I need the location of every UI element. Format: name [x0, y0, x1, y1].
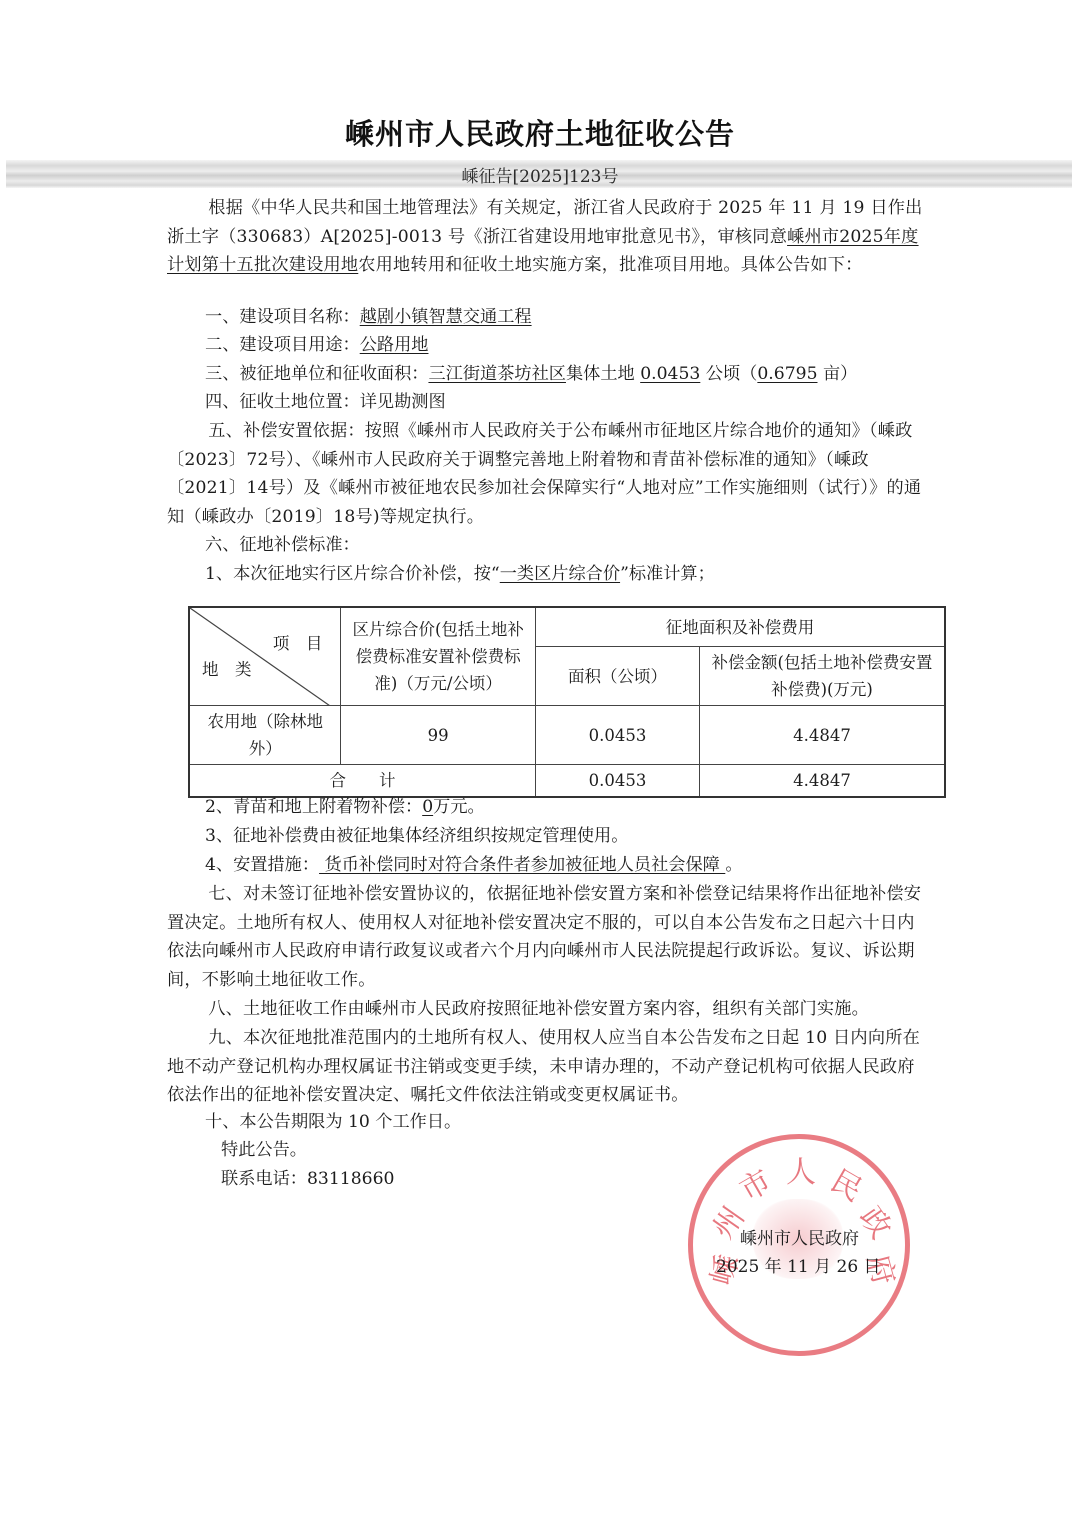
table-header-row: 项 目 地 类 区片综合价(包括土地补偿费标准安置补偿费标准)（万元/公顷） 征… [189, 607, 945, 647]
item-standard-2: 2、青苗和地上附着物补偿：0万元。 [167, 793, 937, 821]
item-notice-period: 十、本公告期限为 10 个工作日。 [167, 1108, 937, 1136]
compensation-table: 项 目 地 类 区片综合价(包括土地补偿费标准安置补偿费标准)（万元/公顷） 征… [188, 606, 946, 798]
table-row: 农用地（除林地外） 99 0.0453 4.4847 [189, 706, 945, 765]
item-compensation-standard-heading: 六、征地补偿标准： [167, 531, 937, 559]
item-compensation-basis: 五、补偿安置依据：按照《嵊州市人民政府关于公布嵊州市征地区片综合地价的通知》（嵊… [167, 417, 925, 531]
diagonal-header-cell: 项 目 地 类 [189, 607, 341, 706]
document-number: 嵊征告[2025]123号 [0, 162, 1080, 187]
header-amount: 补偿金额(包括土地补偿费安置补偿费)(万元) [699, 647, 945, 706]
signature-org: 嵊州市人民政府 [740, 1224, 940, 1249]
header-area: 面积（公顷） [535, 647, 699, 706]
header-group: 征地面积及补偿费用 [535, 607, 945, 647]
item-registration: 九、本次征地批准范围内的土地所有权人、使用权人应当自本公告发布之日起 10 日内… [167, 1024, 925, 1110]
document-page: 嵊州市人民政府土地征收公告 嵊征告[2025]123号 根据《中华人民共和国土地… [0, 0, 1080, 1527]
item-standard-3: 3、征地补偿费由被征地集体经济组织按规定管理使用。 [167, 822, 937, 850]
intro-paragraph: 根据《中华人民共和国土地管理法》有关规定，浙江省人民政府于 2025 年 11 … [167, 194, 925, 280]
item-expropriated-unit: 三、被征地单位和征收面积：三江街道茶坊社区集体土地 0.0453 公顷（0.67… [167, 360, 937, 388]
signature-date: 2025 年 11 月 26 日 [716, 1252, 916, 1277]
document-title: 嵊州市人民政府土地征收公告 [0, 112, 1080, 153]
item-project-use: 二、建设项目用途：公路用地 [167, 331, 937, 359]
item-project-name: 一、建设项目名称：越剧小镇智慧交通工程 [167, 303, 937, 331]
item-appeal: 七、对未签订征地补偿安置协议的，依据征地补偿安置方案和补偿登记结果将作出征地补偿… [167, 880, 925, 994]
item-standard-1: 1、本次征地实行区片综合价补偿，按“一类区片综合价”标准计算； [167, 560, 937, 588]
item-land-location: 四、征收土地位置：详见勘测图 [167, 388, 937, 416]
item-standard-4: 4、安置措施： 货币补偿同时对符合条件者参加被征地人员社会保障 。 [167, 851, 937, 879]
item-implementation: 八、土地征收工作由嵊州市人民政府按照征地补偿安置方案内容，组织有关部门实施。 [167, 995, 925, 1024]
closing-text: 特此公告。 [221, 1136, 991, 1164]
header-price: 区片综合价(包括土地补偿费标准安置补偿费标准)（万元/公顷） [341, 607, 536, 706]
